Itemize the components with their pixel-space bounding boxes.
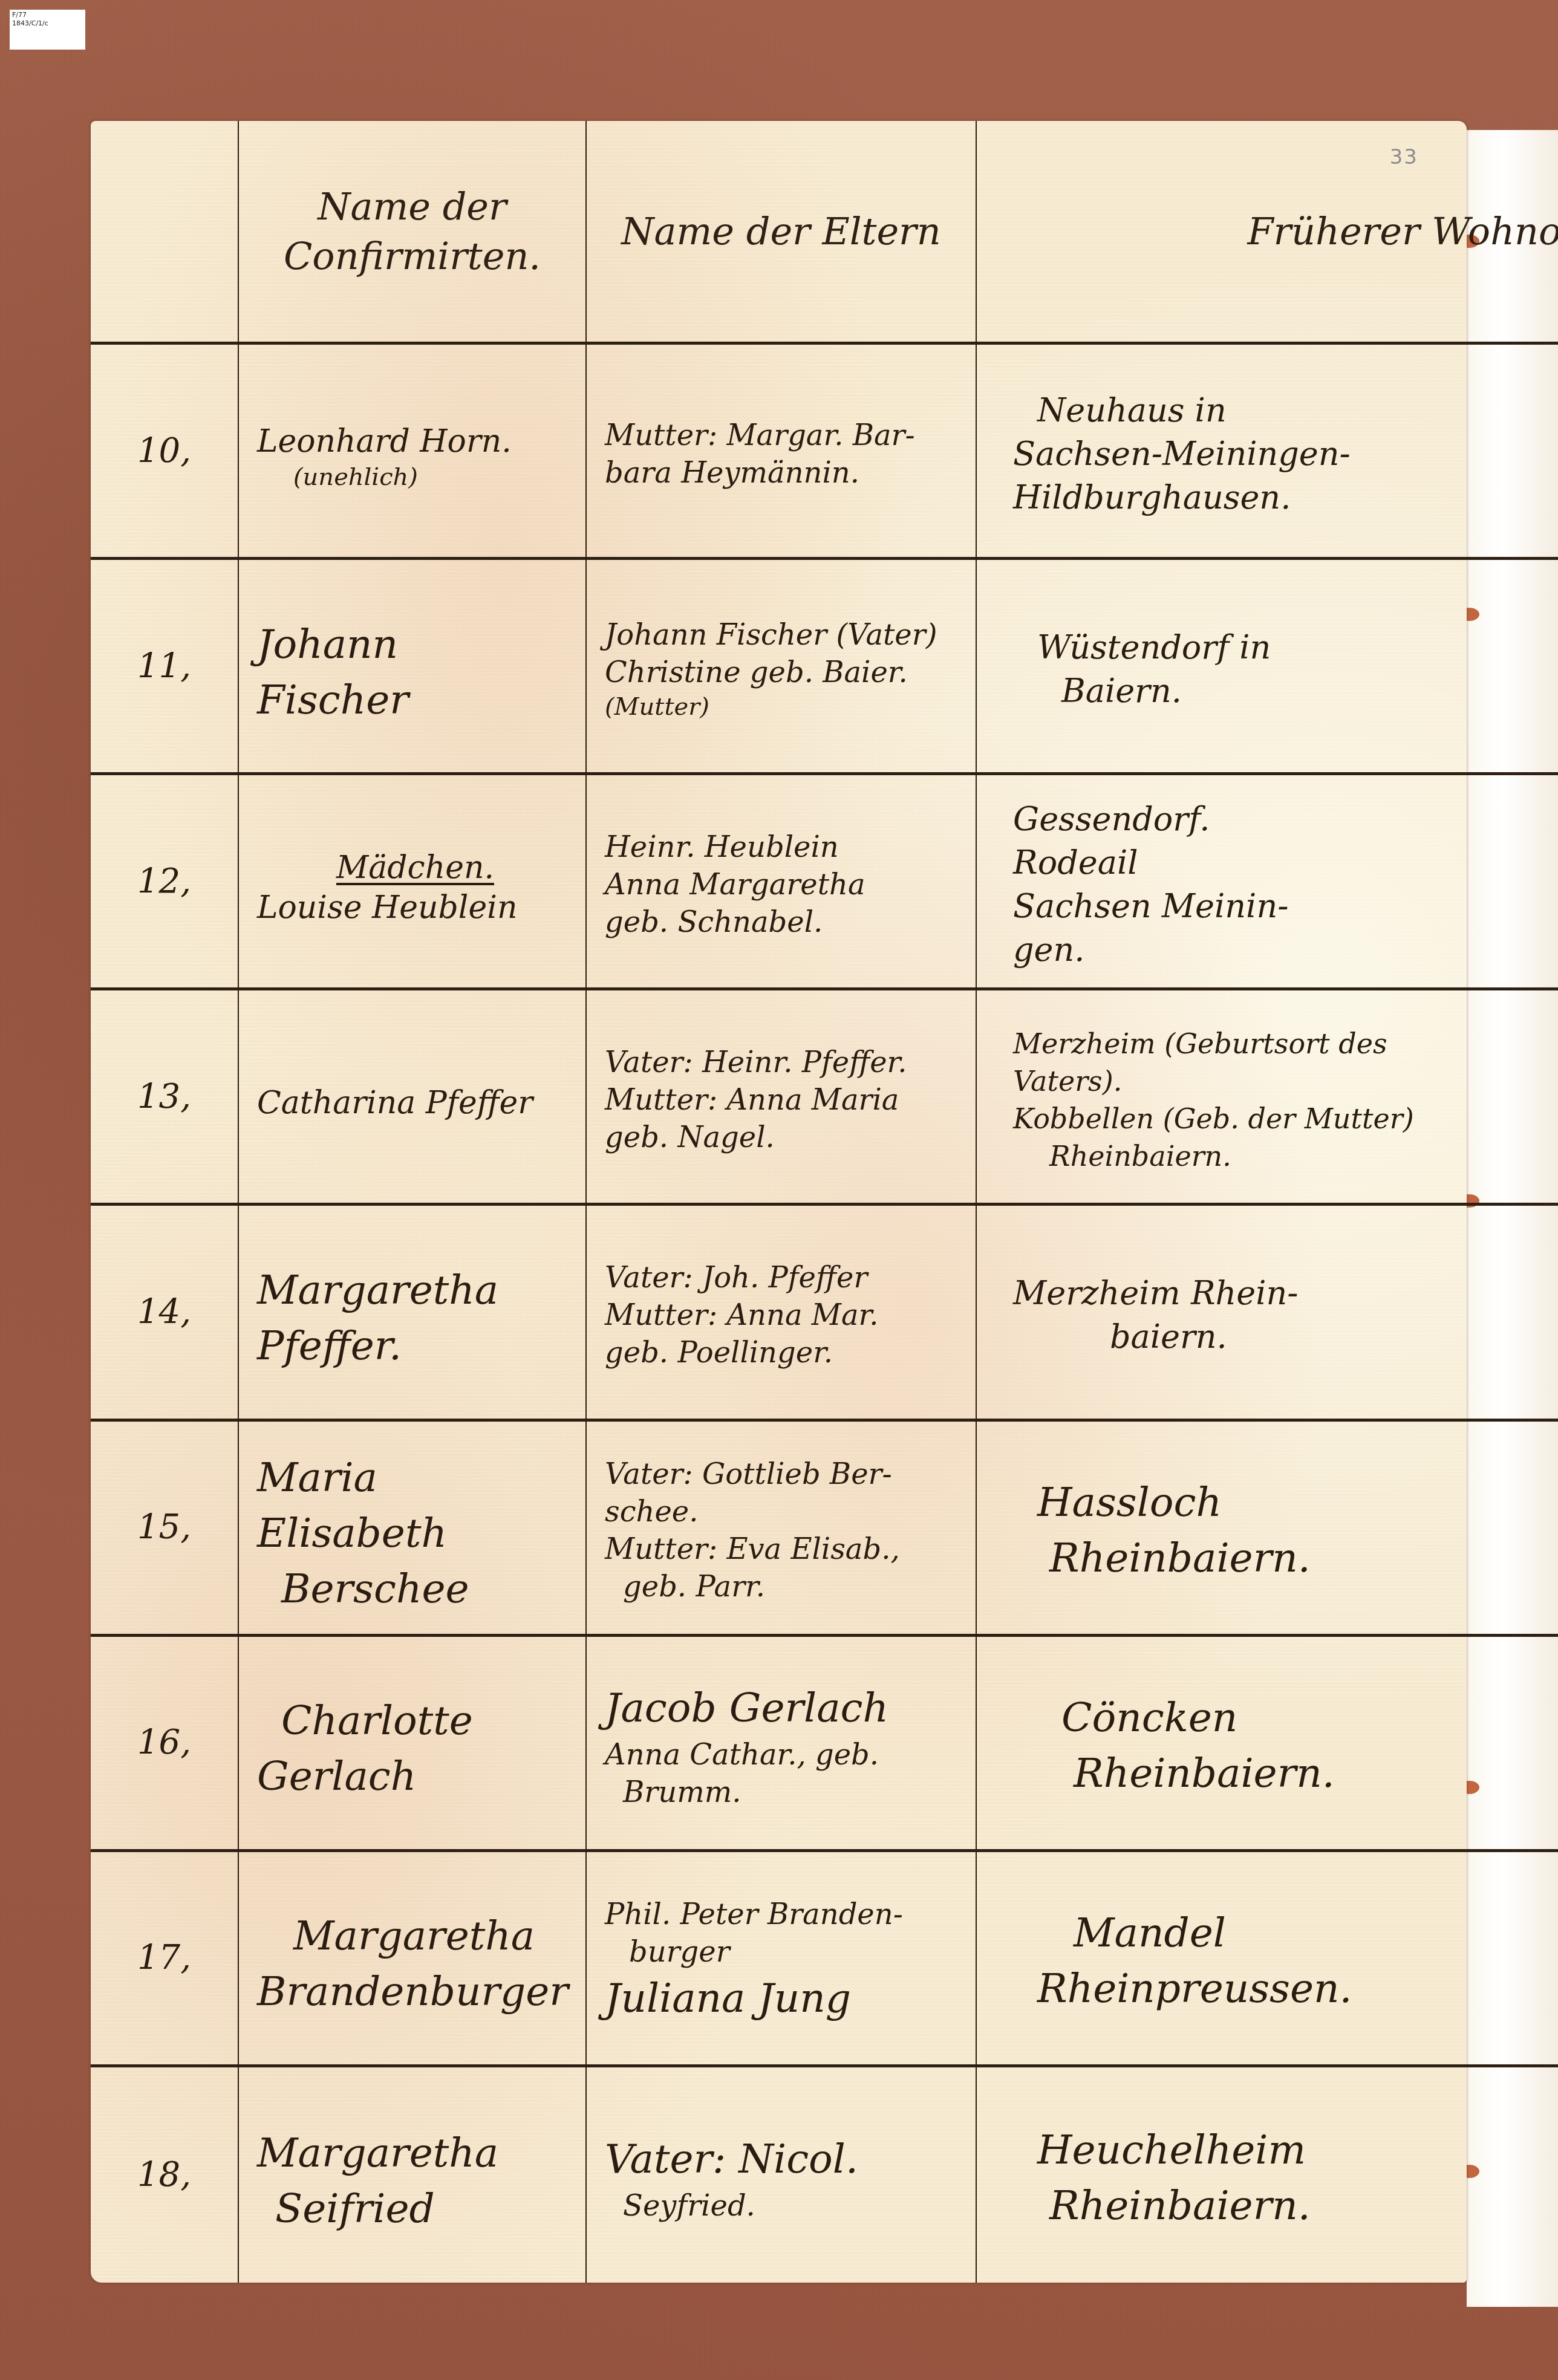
confirmand-line: Brandenburger: [257, 1964, 573, 2020]
confirmand-note: (unehlich): [257, 461, 573, 493]
entry-number: 10,: [91, 345, 239, 560]
residence-line: Gessendorf.: [1013, 798, 1558, 841]
confirmand-line: Margaretha: [257, 2125, 573, 2181]
residence-line: Sachsen Meinin-: [1013, 885, 1558, 928]
parents-line: geb. Schnabel.: [605, 903, 965, 941]
confirmand-name: Mädchen. Louise Heublein: [239, 775, 587, 990]
parents-names: Vater: Nicol. Seyfried.: [587, 2067, 977, 2283]
register-page: 33 Name der Confirmirten. Name der Elter…: [91, 121, 1467, 2283]
entry-number: 15,: [91, 1422, 239, 1637]
residence-line: Mandel: [1013, 1905, 1558, 1961]
entry-number: 16,: [91, 1637, 239, 1852]
confirmand-name: Catharina Pfeffer: [239, 990, 587, 1206]
residence-line: Rheinpreussen.: [1013, 1961, 1558, 2017]
confirmand-line: Gerlach: [257, 1749, 573, 1804]
former-residence: Wüstendorf in Baiern.: [977, 560, 1558, 775]
confirmand-line: Fischer: [257, 672, 573, 728]
entry-number: 14,: [91, 1206, 239, 1421]
entry-number: 12,: [91, 775, 239, 990]
parents-names: Vater: Gottlieb Ber- schee. Mutter: Eva …: [587, 1422, 977, 1637]
catalog-label-line1: F/77: [12, 11, 83, 19]
confirmand-name: Maria Elisabeth Berschee: [239, 1422, 587, 1637]
residence-line: Neuhaus in: [1013, 389, 1558, 432]
confirmand-line: Johann: [257, 617, 573, 672]
confirmand-line: Catharina Pfeffer: [257, 1083, 573, 1123]
parents-line: Jacob Gerlach: [605, 1680, 965, 1736]
residence-line: Merzheim Rhein-: [1013, 1272, 1558, 1315]
residence-line: Cöncken: [1013, 1690, 1558, 1746]
parents-line: Anna Margaretha: [605, 866, 965, 903]
residence-line: Baiern.: [1013, 669, 1558, 713]
residence-line: Heuchelheim: [1013, 2122, 1558, 2178]
former-residence: Hassloch Rheinbaiern.: [977, 1422, 1558, 1637]
parents-line: Mutter: Eva Elisab.,: [605, 1530, 965, 1568]
parents-line: Vater: Gottlieb Ber-: [605, 1455, 965, 1493]
parents-line: Brumm.: [605, 1774, 965, 1811]
header-residence: Früherer Wohnort der Eltern: [977, 121, 1558, 345]
confirmand-line: Margaretha: [257, 1908, 573, 1964]
parents-line: Phil. Peter Branden-: [605, 1896, 965, 1933]
parents-line: burger: [605, 1933, 965, 1971]
entry-number: 13,: [91, 990, 239, 1206]
parents-line: Vater: Heinr. Pfeffer.: [605, 1044, 965, 1081]
confirmand-line: Seifried: [257, 2181, 573, 2237]
residence-line: Kobbellen (Geb. der Mutter): [1013, 1100, 1558, 1137]
former-residence: Gessendorf. Rodeail Sachsen Meinin- gen.: [977, 775, 1558, 990]
header-confirmand: Name der Confirmirten.: [239, 121, 587, 345]
confirmation-register-table: Name der Confirmirten. Name der Eltern F…: [91, 121, 1467, 2283]
parents-line: Juliana Jung: [605, 1971, 965, 2026]
former-residence: Heuchelheim Rheinbaiern.: [977, 2067, 1558, 2283]
residence-line: Wüstendorf in: [1013, 626, 1558, 669]
residence-line: Hildburghausen.: [1013, 476, 1558, 519]
parents-names: Heinr. Heublein Anna Margaretha geb. Sch…: [587, 775, 977, 990]
confirmand-line: Berschee: [257, 1561, 573, 1617]
parents-line: Christine geb. Baier.: [605, 654, 965, 691]
parents-line: Vater: Joh. Pfeffer: [605, 1259, 965, 1296]
residence-line: Hassloch: [1013, 1475, 1558, 1530]
residence-line: Rodeail: [1013, 841, 1558, 885]
parents-line: Vater: Nicol.: [605, 2131, 965, 2187]
confirmand-name: Charlotte Gerlach: [239, 1637, 587, 1852]
confirmand-line: Margaretha: [257, 1263, 573, 1318]
header-parents: Name der Eltern: [587, 121, 977, 345]
former-residence: Merzheim Rhein- baiern.: [977, 1206, 1558, 1421]
residence-line: Sachsen-Meiningen-: [1013, 432, 1558, 476]
residence-line: gen.: [1013, 928, 1558, 972]
catalog-label-line2: 1843/C/1/c: [12, 19, 83, 28]
parents-line: geb. Poellinger.: [605, 1334, 965, 1371]
entry-number: 11,: [91, 560, 239, 775]
parents-line: Heinr. Heublein: [605, 828, 965, 866]
confirmand-line: Pfeffer.: [257, 1318, 573, 1374]
catalog-label: F/77 1843/C/1/c: [10, 10, 85, 50]
confirmand-name: Margaretha Seifried: [239, 2067, 587, 2283]
confirmand-line: Maria Elisabeth: [257, 1450, 573, 1561]
parents-line: Mutter: Anna Maria: [605, 1081, 965, 1119]
confirmand-line: Louise Heublein: [257, 888, 573, 928]
confirmand-name: Johann Fischer: [239, 560, 587, 775]
confirmand-name: Margaretha Pfeffer.: [239, 1206, 587, 1421]
former-residence: Neuhaus in Sachsen-Meiningen- Hildburgha…: [977, 345, 1558, 560]
entry-number: 18,: [91, 2067, 239, 2283]
parents-names: Jacob Gerlach Anna Cathar., geb. Brumm.: [587, 1637, 977, 1852]
parents-names: Vater: Joh. Pfeffer Mutter: Anna Mar. ge…: [587, 1206, 977, 1421]
confirmand-name: Margaretha Brandenburger: [239, 1852, 587, 2067]
parents-line: bara Heymännin.: [605, 454, 965, 492]
residence-line: Merzheim (Geburtsort des: [1013, 1025, 1558, 1062]
parents-line: schee.: [605, 1493, 965, 1530]
parents-line: Seyfried.: [605, 2187, 965, 2225]
residence-line: Rheinbaiern.: [1013, 1530, 1558, 1586]
parents-names: Vater: Heinr. Pfeffer. Mutter: Anna Mari…: [587, 990, 977, 1206]
parents-names: Phil. Peter Branden- burger Juliana Jung: [587, 1852, 977, 2067]
parents-line: geb. Nagel.: [605, 1119, 965, 1156]
parents-line: Mutter: Anna Mar.: [605, 1296, 965, 1334]
residence-line: Rheinbaiern.: [1013, 2178, 1558, 2234]
entry-number: 17,: [91, 1852, 239, 2067]
parents-line: Anna Cathar., geb.: [605, 1736, 965, 1774]
confirmand-name: Leonhard Horn. (unehlich): [239, 345, 587, 560]
residence-line: Vaters).: [1013, 1062, 1558, 1100]
parents-line: Mutter: Margar. Bar-: [605, 417, 965, 454]
former-residence: Cöncken Rheinbaiern.: [977, 1637, 1558, 1852]
former-residence: Mandel Rheinpreussen.: [977, 1852, 1558, 2067]
confirmand-line: Charlotte: [257, 1693, 573, 1749]
parents-names: Johann Fischer (Vater) Christine geb. Ba…: [587, 560, 977, 775]
parents-names: Mutter: Margar. Bar- bara Heymännin.: [587, 345, 977, 560]
parents-line: Johann Fischer (Vater): [605, 616, 965, 654]
parents-note: (Mutter): [605, 691, 965, 723]
header-number: [91, 121, 239, 345]
former-residence: Merzheim (Geburtsort des Vaters). Kobbel…: [977, 990, 1558, 1206]
section-label-girls: Mädchen.: [336, 848, 494, 888]
residence-line: baiern.: [1013, 1315, 1558, 1359]
confirmand-line: Leonhard Horn.: [257, 421, 573, 461]
parents-line: geb. Parr.: [605, 1568, 965, 1605]
residence-line: Rheinbaiern.: [1013, 1746, 1558, 1801]
residence-line: Rheinbaiern.: [1013, 1137, 1558, 1175]
